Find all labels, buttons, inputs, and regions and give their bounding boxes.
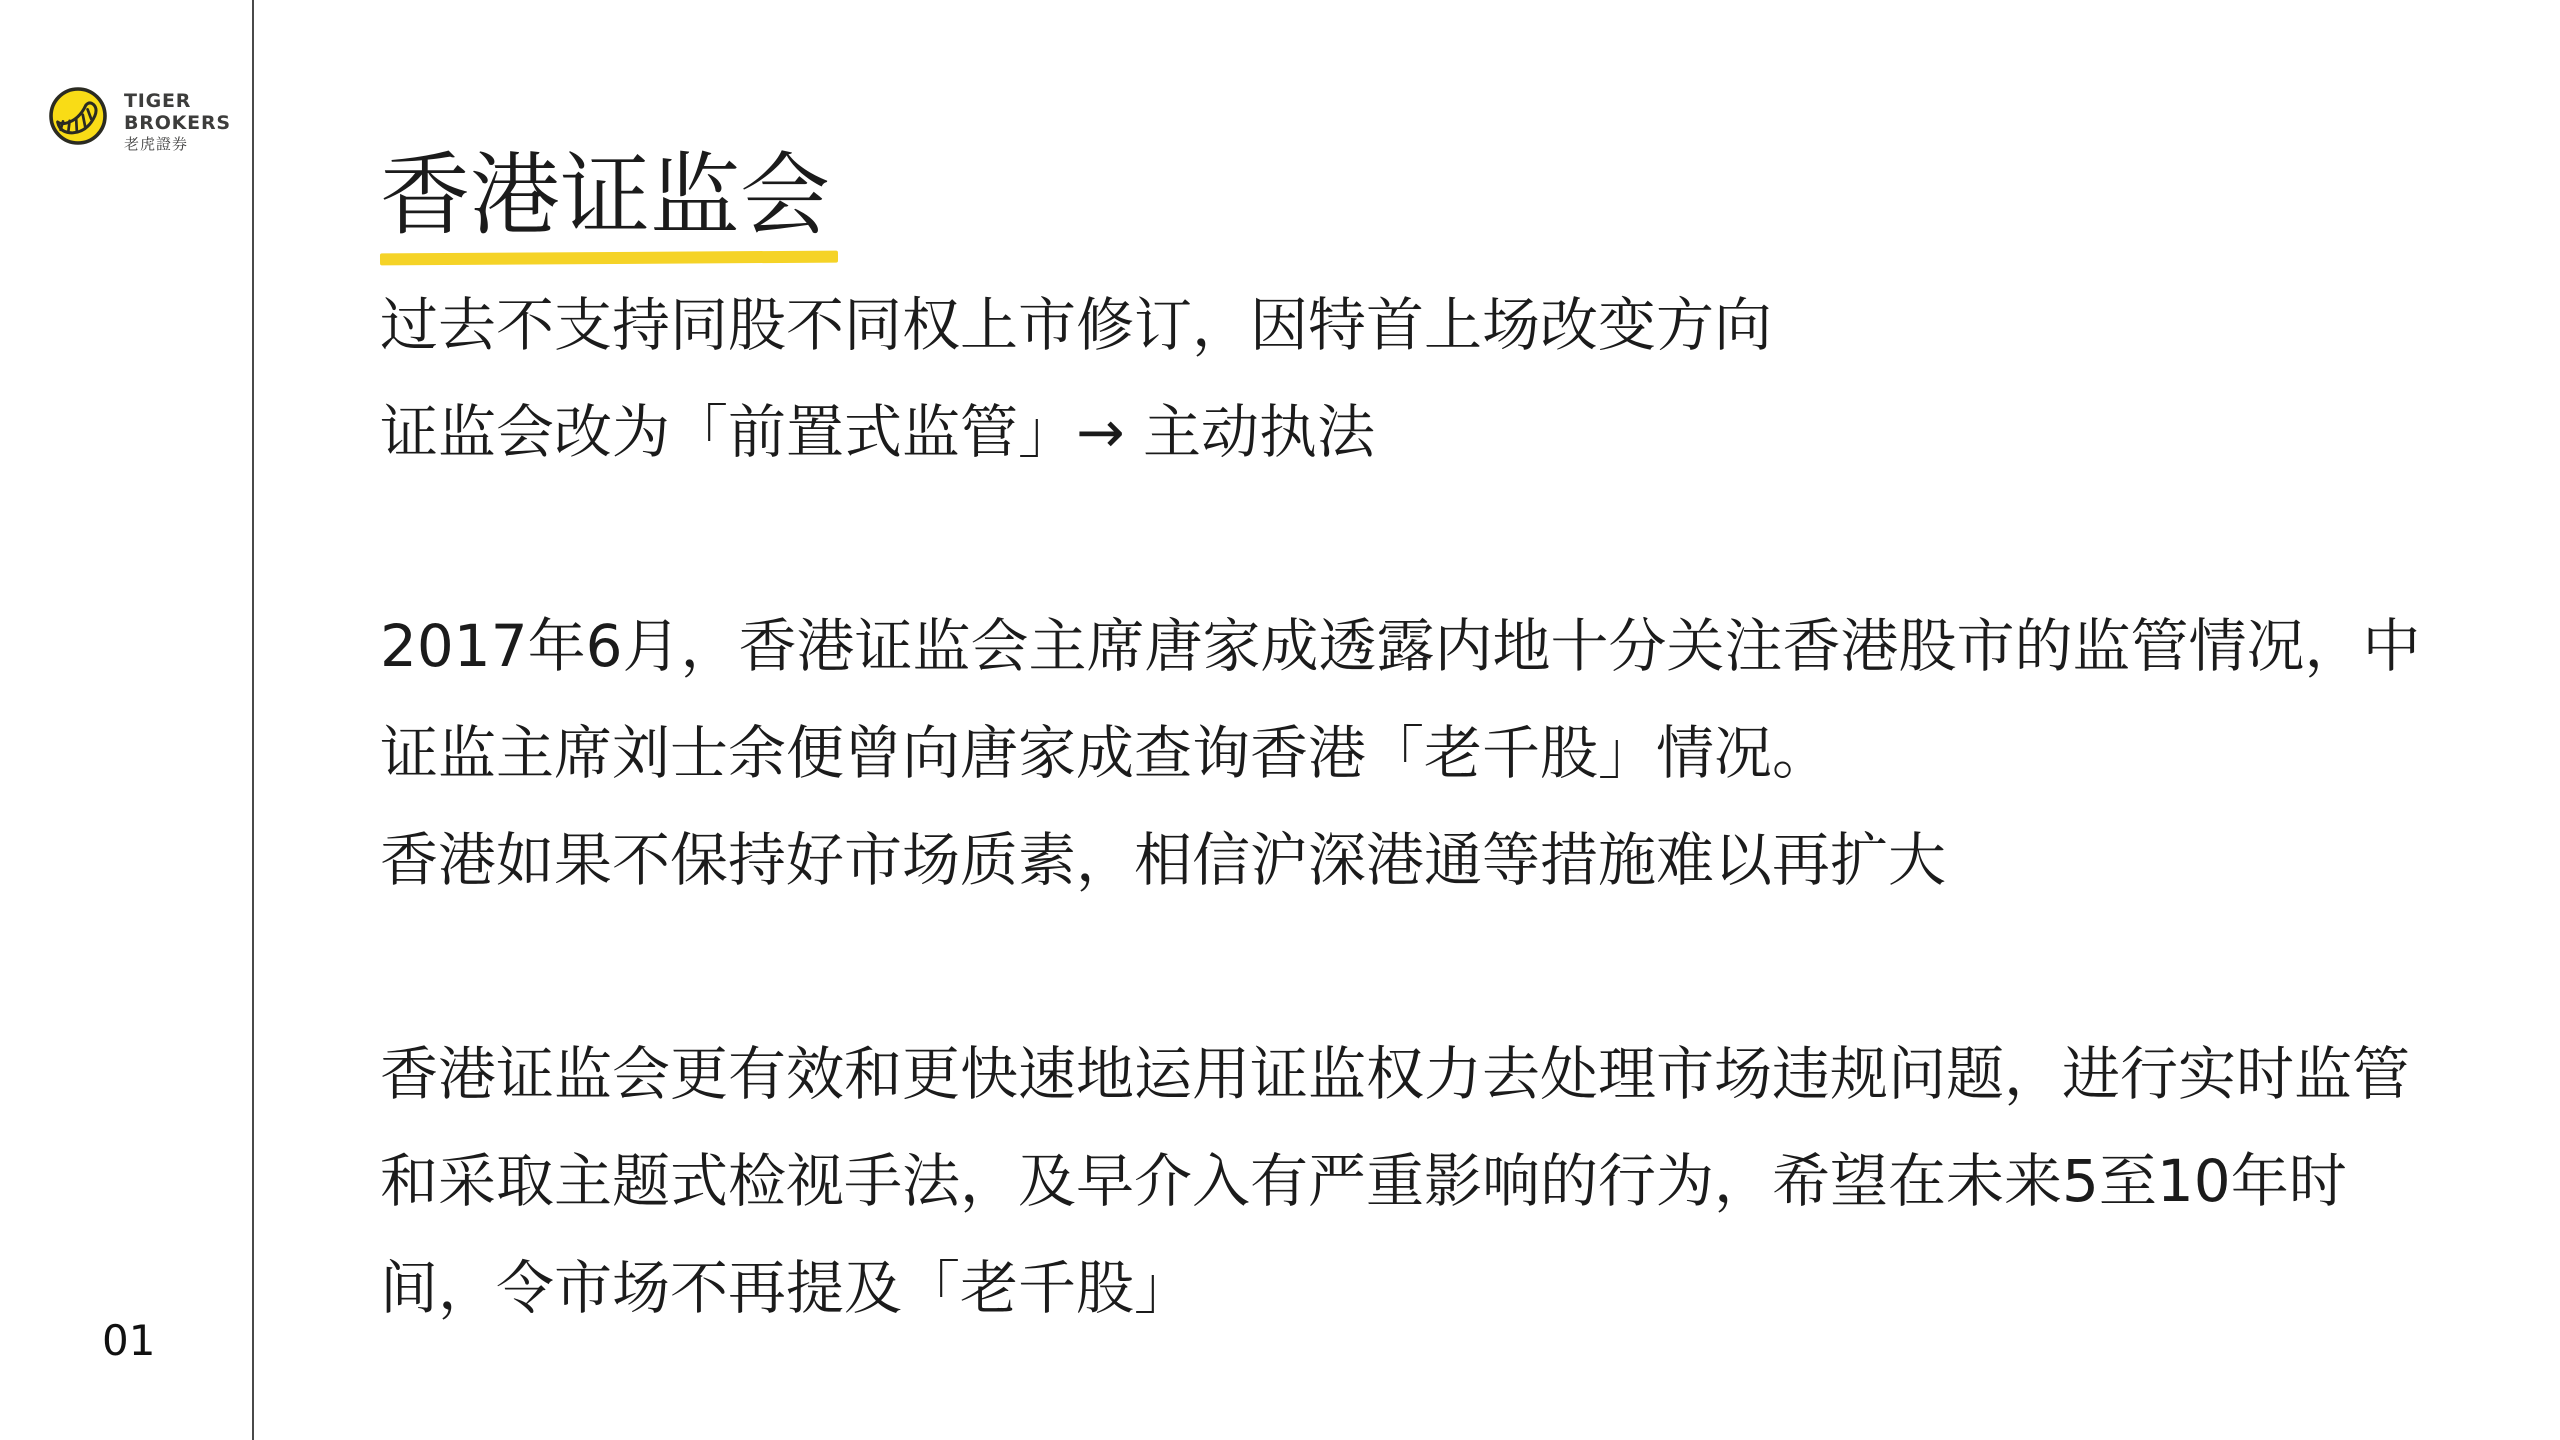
slide-title: 香港证监会 xyxy=(380,146,830,245)
brand-name-line1: TIGER xyxy=(124,90,231,112)
page-number: 01 xyxy=(102,1316,155,1365)
text-line: 过去不支持同股不同权上市修订，因特首上场改变方向 xyxy=(380,272,2520,379)
text-line: 证监会改为「前置式监管」→ 主动执法 xyxy=(380,379,2520,486)
text-line: 2017年6月，香港证监会主席唐家成透露内地十分关注香港股市的监管情况，中 xyxy=(380,593,2520,700)
text-line: 证监主席刘士余便曾向唐家成查询香港「老千股」情况。 xyxy=(380,700,2520,807)
vertical-divider xyxy=(252,0,254,1440)
slide: TIGER BROKERS 老虎證券 香港证监会 过去不支持同股不同权上市修订，… xyxy=(0,0,2560,1440)
brand-name-chinese: 老虎證券 xyxy=(124,137,231,152)
text-line: 和采取主题式检视手法，及早介入有严重影响的行为，希望在未来5至10年时 xyxy=(380,1128,2520,1235)
brand-text: TIGER BROKERS 老虎證券 xyxy=(124,90,231,152)
paragraph-1: 过去不支持同股不同权上市修订，因特首上场改变方向 证监会改为「前置式监管」→ 主… xyxy=(380,272,2520,486)
text-line: 间，令市场不再提及「老千股」 xyxy=(380,1235,2520,1342)
brand-name-line2: BROKERS xyxy=(124,112,231,134)
title-underline-accent xyxy=(380,251,838,266)
paragraph-3: 香港证监会更有效和更快速地运用证监权力去处理市场违规问题，进行实时监管 和采取主… xyxy=(380,1021,2520,1342)
paragraph-2: 2017年6月，香港证监会主席唐家成透露内地十分关注香港股市的监管情况，中 证监… xyxy=(380,593,2520,914)
text-line: 香港证监会更有效和更快速地运用证监权力去处理市场违规问题，进行实时监管 xyxy=(380,1021,2520,1128)
brand-block: TIGER BROKERS 老虎證券 xyxy=(48,86,231,152)
slide-body: 过去不支持同股不同权上市修订，因特首上场改变方向 证监会改为「前置式监管」→ 主… xyxy=(380,272,2520,1342)
text-line: 香港如果不保持好市场质素，相信沪深港通等措施难以再扩大 xyxy=(380,807,2520,914)
tiger-brokers-logo-icon xyxy=(48,86,108,146)
